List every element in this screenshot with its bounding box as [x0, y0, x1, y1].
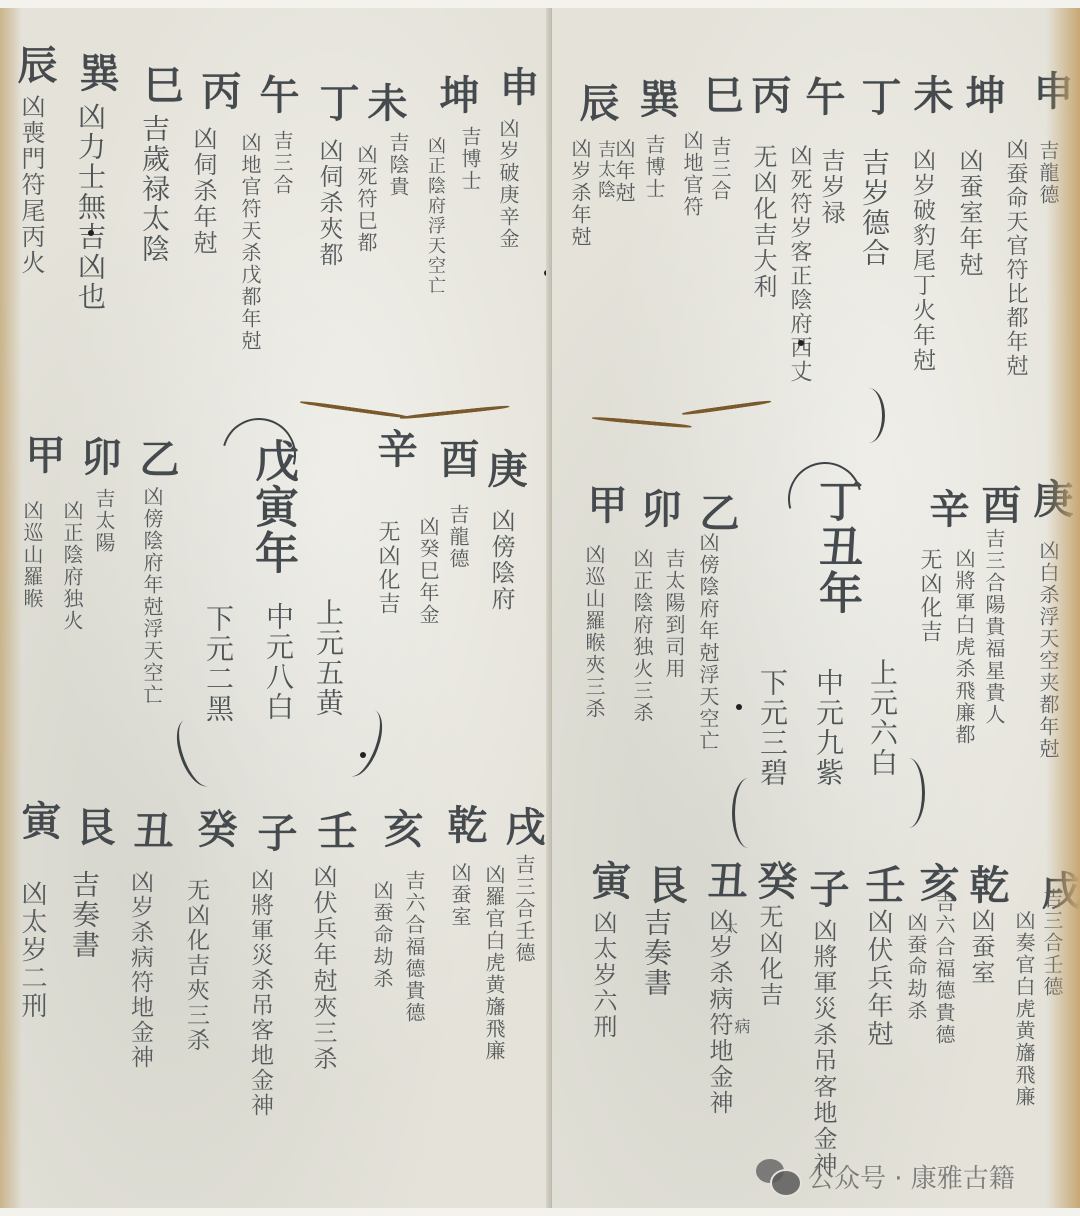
- left-bot-col-7-note: 凶岁杀病符地金神: [124, 870, 157, 1070]
- ink-spot: [736, 704, 742, 710]
- right-top-col-1-note-a: 吉龍德: [1034, 140, 1063, 206]
- left-top-col-9-note: 凶喪門符尾丙火: [14, 94, 49, 276]
- right-bot-col-1-note-b: 凶奏官白虎黄旛飛廉: [1010, 910, 1039, 1108]
- right-top-col-1-note-b: 凶蚕命天官符比都年尅: [1000, 138, 1031, 378]
- right-mid-col-6-note: 凶巡山羅睺夾三杀: [580, 544, 609, 720]
- left-top-col-6-note: 凶伺杀年尅: [186, 126, 221, 256]
- left-star-middle: 中元八白: [258, 602, 298, 722]
- right-top-col-5-main: 午: [794, 76, 851, 118]
- paper-tear: [682, 399, 772, 415]
- bracket-mark: [732, 778, 765, 848]
- right-bot-col-2-note: 凶蚕室: [964, 908, 999, 986]
- right-star-lower: 下元三碧: [752, 668, 792, 788]
- right-mid-col-4-note: 凶傍陰府年尅浮天空亡: [694, 532, 723, 752]
- right-top-col-2-note: 凶蚕室年尅: [952, 148, 987, 278]
- right-bot-col-7-main: 丑: [696, 860, 753, 902]
- paper-tear: [300, 400, 409, 419]
- left-top-col-7-main: 巳: [132, 64, 189, 106]
- left-mid-col-3-note: 无凶化吉: [372, 520, 403, 616]
- left-mid-col-2-note-b: 凶癸巳年金: [414, 516, 443, 626]
- left-top-col-8-main: 巽: [68, 52, 125, 94]
- right-bot-col-1-note-a: 吉三合壬德: [1038, 888, 1067, 998]
- right-bot-col-8-main: 艮: [636, 864, 693, 906]
- left-top-col-3-note-b: 凶死符巳都: [352, 144, 381, 254]
- left-mid-col-3-main: 辛: [366, 428, 423, 470]
- left-bot-col-9-main: 寅: [10, 800, 67, 842]
- left-bot-col-8-main: 艮: [64, 806, 121, 848]
- left-bot-col-4-main: 壬: [306, 810, 363, 852]
- right-mid-col-5-main: 卯: [630, 488, 687, 530]
- left-mid-col-1-note: 凶傍陰府: [484, 508, 519, 612]
- right-top-col-7-note-a: 吉三合: [706, 136, 735, 202]
- left-page: 申 凶岁破庚辛金 坤 吉博士 凶正陰府浮天空亡 未 吉陰貴 凶死符巳都 丁 凶伺…: [0, 8, 552, 1208]
- left-bot-col-1-note-a: 吉三合壬德: [510, 854, 539, 964]
- right-mid-col-4-main: 乙: [688, 492, 745, 534]
- left-bot-col-5-main: 子: [246, 812, 303, 854]
- paper-tear: [400, 405, 510, 420]
- left-top-col-5-note-a: 吉三合: [268, 130, 297, 196]
- right-mid-col-1-note: 凶白杀浮天空夹都年尅: [1034, 540, 1063, 760]
- left-top-col-5-main: 午: [248, 74, 305, 116]
- right-top-col-4-note: 吉岁德合: [854, 148, 894, 268]
- right-bot-col-9-main: 寅: [580, 860, 637, 902]
- left-star-upper: 上元五黄: [308, 598, 348, 718]
- right-mid-col-6-main: 甲: [576, 484, 633, 526]
- left-mid-col-6-note: 凶巡山羅睺: [18, 500, 47, 610]
- right-page: 申 吉龍德 凶蚕命天官符比都年尅 坤 凶蚕室年尅 未 凶岁破豹尾丁火年尅 丁 吉…: [552, 8, 1080, 1208]
- right-bot-col-6-note: 无凶化吉: [752, 904, 787, 1008]
- left-top-col-2-note-a: 吉博士: [456, 126, 485, 192]
- ink-spot: [360, 752, 366, 758]
- right-top-col-8-note-a: 吉博士: [640, 134, 669, 200]
- right-mid-col-3-main: 辛: [918, 488, 975, 530]
- right-bot-col-2-main: 乾: [958, 864, 1015, 906]
- right-top-col-9-main: 辰: [568, 82, 625, 124]
- left-bot-col-3-note-a: 吉六合福德貴德: [400, 870, 429, 1024]
- open-book: 申 凶岁破庚辛金 坤 吉博士 凶正陰府浮天空亡 未 吉陰貴 凶死符巳都 丁 凶伺…: [0, 8, 1080, 1208]
- right-year-title: 丁丑年: [804, 478, 868, 616]
- right-bot-col-4-main: 壬: [854, 864, 911, 906]
- left-top-col-9-main: 辰: [6, 44, 63, 86]
- left-bot-col-2-main: 乾: [436, 804, 493, 846]
- right-top-col-7-note-b: 凶地官符: [678, 130, 707, 218]
- right-star-middle: 中元九紫: [808, 668, 848, 788]
- right-bot-col-6-main: 癸: [746, 860, 803, 902]
- right-top-col-7-main: 巳: [692, 74, 749, 116]
- left-mid-col-4-main: 乙: [128, 438, 185, 480]
- right-mid-col-2-main: 酉: [970, 484, 1027, 526]
- left-top-col-8-note: 凶力士無吉凶也: [70, 102, 110, 312]
- left-mid-col-5-note-a: 吉太陽: [90, 488, 119, 554]
- left-bot-col-5-note: 凶將軍災杀吊客地金神: [244, 868, 277, 1118]
- left-top-col-3-note-a: 吉陰貴: [384, 132, 413, 198]
- bracket-mark: [169, 714, 224, 791]
- right-top-col-9-note-a: 吉太陰: [592, 140, 618, 200]
- left-top-col-1-note: 凶岁破庚辛金: [494, 118, 523, 250]
- right-bot-col-9-note: 凶太岁六刑: [586, 910, 621, 1040]
- right-top-col-4-main: 丁: [850, 76, 907, 118]
- right-top-col-5-note-b: 凶死符岁客正陰府西丈: [784, 144, 815, 384]
- left-bot-col-6-note: 无凶化吉夾三杀: [180, 878, 213, 1053]
- wechat-icon: [756, 1159, 800, 1195]
- left-mid-col-2-note-a: 吉龍德: [444, 504, 473, 570]
- bracket-mark: [892, 758, 925, 828]
- right-top-col-9-note-b: 凶岁杀年尅: [566, 138, 595, 248]
- right-top-col-6-note: 无凶化吉大利: [746, 144, 781, 300]
- left-top-col-2-note-b: 凶正陰府浮天空亡: [422, 136, 448, 296]
- right-bot-col-3-note-b: 凶蚕命劫杀: [902, 912, 931, 1022]
- right-bot-col-8-note: 吉奏書: [636, 908, 676, 998]
- ink-spot: [798, 340, 804, 346]
- left-top-col-7-note: 吉歲禄太陰: [134, 114, 174, 264]
- left-bot-col-8-note: 吉奏書: [64, 870, 104, 960]
- left-bot-col-1-note-b: 凶羅官白虎黄旛飛廉: [480, 864, 509, 1062]
- right-mid-col-5-note-b: 凶正陰府独火三杀: [628, 548, 657, 724]
- left-mid-col-6-main: 甲: [14, 434, 71, 476]
- left-bot-col-1-main: 戌: [494, 806, 551, 848]
- bracket-mark: [852, 388, 885, 443]
- left-top-col-4-main: 丁: [308, 82, 365, 124]
- right-bot-col-3-note-a: 吉六合福德貴德: [930, 892, 959, 1046]
- left-top-col-1-main: 申: [488, 66, 545, 108]
- left-bot-col-4-note: 凶伏兵年尅夾三杀: [306, 864, 341, 1072]
- right-bot-col-4-note: 凶伏兵年尅: [860, 908, 897, 1048]
- right-bot-col-7-insert-b: 病: [730, 1018, 753, 1036]
- left-top-col-2-main: 坤: [428, 74, 485, 116]
- left-bot-col-3-main: 亥: [372, 808, 429, 850]
- right-mid-col-3-note: 无凶化吉: [914, 548, 945, 644]
- paper-tear: [592, 416, 692, 429]
- left-top-col-5-note-b: 凶地官符天杀戊都年尅: [236, 132, 265, 352]
- left-year-title: 戊寅年: [240, 438, 304, 576]
- left-bot-col-3-note-b: 凶蚕命劫杀: [368, 880, 397, 990]
- right-mid-col-5-note-a: 吉太陽到司用: [660, 548, 689, 680]
- right-bot-col-5-note: 凶將軍災杀吊客地金神: [806, 918, 841, 1178]
- left-top-col-6-main: 丙: [190, 70, 247, 112]
- right-top-col-2-main: 坤: [954, 74, 1011, 116]
- left-bot-col-7-main: 丑: [122, 810, 179, 852]
- left-mid-col-2-main: 酉: [428, 438, 485, 480]
- ink-spot: [88, 230, 94, 236]
- right-top-col-8-main: 巽: [628, 78, 685, 120]
- right-bot-col-7-insert-a: 太: [720, 920, 740, 936]
- left-mid-col-5-note-b: 凶正陰府独火: [58, 500, 87, 632]
- left-bot-col-6-main: 癸: [186, 808, 243, 850]
- right-bot-col-5-main: 子: [798, 868, 855, 910]
- right-mid-col-2-note-b: 凶將軍白虎杀飛廉都: [950, 548, 979, 746]
- right-top-col-1-main: 申: [1022, 70, 1079, 112]
- right-mid-col-2-note-a: 吉三合陽貴福星貴人: [980, 528, 1009, 726]
- right-bot-col-7-note: 凶岁杀病符地金神: [702, 908, 737, 1116]
- watermark-text: 公众号 · 康雅古籍: [808, 1158, 1015, 1195]
- left-bot-col-9-note: 凶太岁二刑: [14, 880, 51, 1020]
- left-star-lower: 下元二黑: [198, 604, 238, 724]
- left-mid-col-4-note: 凶傍陰府年尅浮天空亡: [138, 486, 167, 706]
- left-top-col-4-note: 凶伺杀夾都: [312, 138, 347, 268]
- left-mid-col-5-main: 卯: [70, 436, 127, 478]
- right-top-col-5-note-a: 吉岁禄: [814, 148, 849, 226]
- right-mid-col-1-main: 庚: [1022, 478, 1079, 520]
- right-top-col-3-note: 凶岁破豹尾丁火年尅: [906, 148, 939, 373]
- left-bot-col-2-note: 凶蚕室: [446, 862, 475, 928]
- watermark: 公众号 · 康雅古籍: [756, 1158, 1015, 1195]
- right-top-col-3-main: 未: [902, 74, 959, 116]
